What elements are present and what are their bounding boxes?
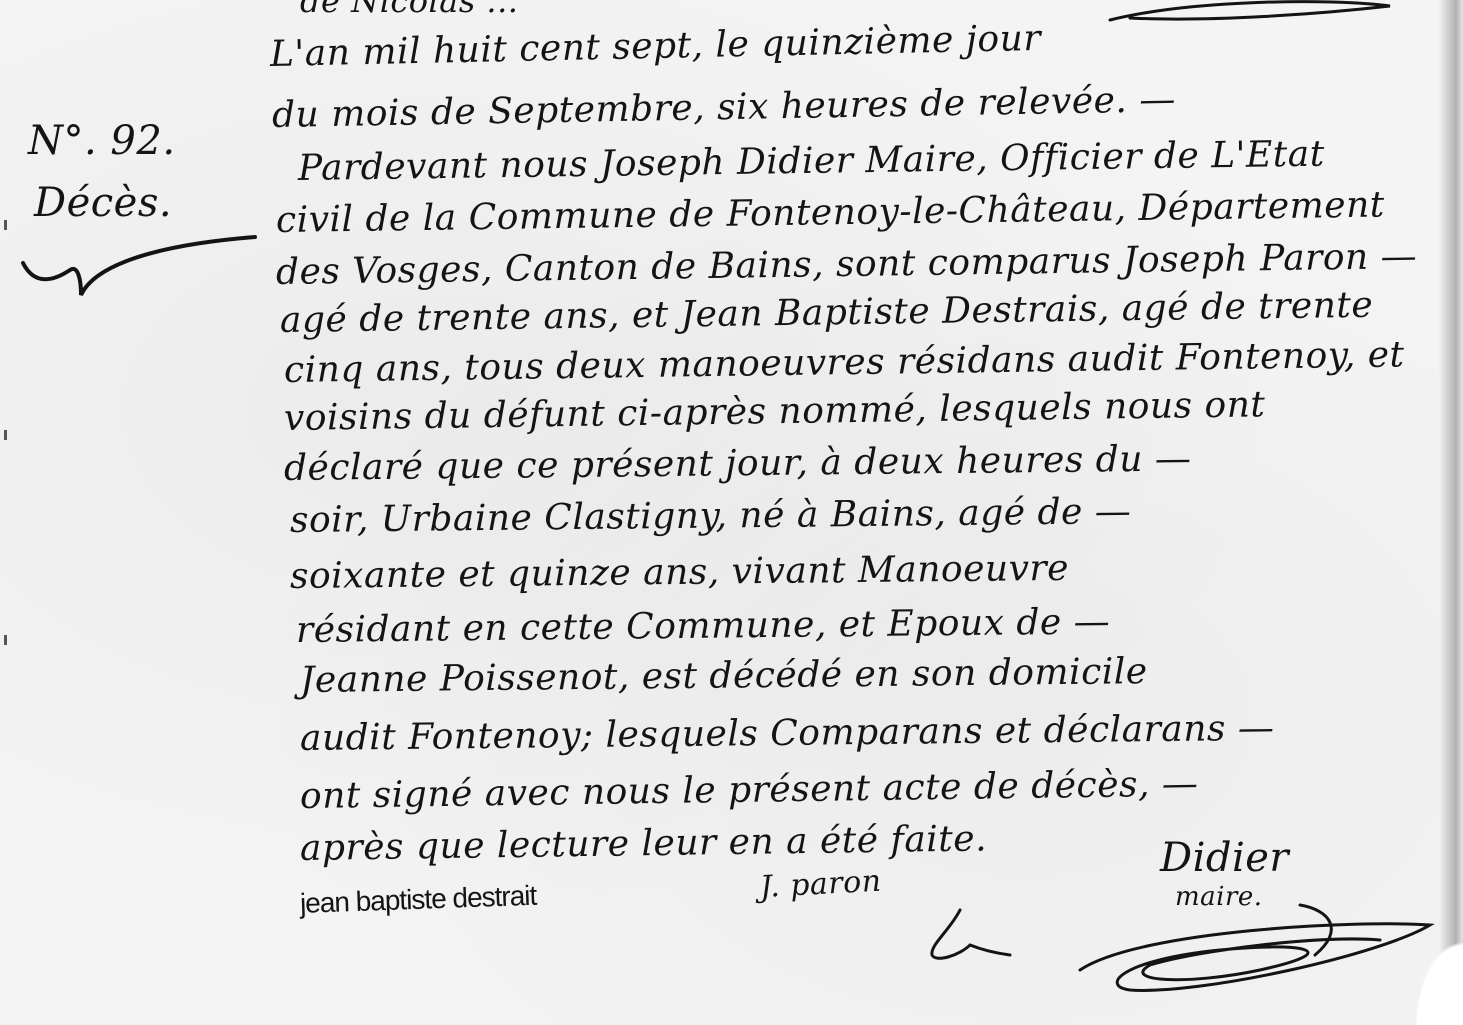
margin-mark	[4, 635, 7, 645]
margin-mark	[4, 220, 7, 230]
record-line-6: agé de trente ans, et Jean Baptiste Dest…	[280, 285, 1374, 341]
record-line-12: résidant en cette Commune, et Epoux de —	[296, 601, 1111, 651]
signature-paraph-icon	[920, 905, 1020, 965]
record-line-10: soir, Urbaine Clastigny, né à Bains, agé…	[290, 491, 1132, 541]
record-line-2: du mois de Septembre, six heures de rele…	[272, 79, 1176, 136]
record-line-8: voisins du défunt ci-après nommé, lesque…	[284, 384, 1266, 439]
entry-type: Décès.	[34, 180, 172, 226]
paper-edge-shadow	[1439, 0, 1463, 1025]
record-line-5: des Vosges, Canton de Bains, sont compar…	[276, 236, 1418, 293]
record-line-13: Jeanne Poissenot, est décédé en son domi…	[300, 651, 1148, 701]
margin-flourish-icon	[15, 225, 265, 305]
record-line-11: soixante et quinze ans, vivant Manoeuvre	[290, 548, 1069, 597]
record-line-14: audit Fontenoy; lesquels Comparans et dé…	[300, 708, 1275, 759]
signature-witness-2: J. paron	[759, 864, 882, 905]
top-paraph-icon	[1090, 0, 1420, 30]
record-line-7: cinq ans, tous deux manoeuvres résidans …	[284, 334, 1405, 391]
mayor-paraph-icon	[1060, 900, 1463, 1010]
signature-witness-1: jean baptiste destrait	[299, 880, 536, 920]
record-line-1: L'an mil huit cent sept, le quinzième jo…	[270, 18, 1042, 75]
record-line-4: civil de la Commune de Fontenoy-le-Châte…	[276, 185, 1385, 241]
entry-number: N°. 92.	[28, 118, 176, 164]
margin-mark	[4, 430, 7, 440]
scanned-document-page: de Nicolas ... N°. 92. Décès. L'an mil h…	[0, 0, 1463, 1025]
record-line-9: déclaré que ce présent jour, à deux heur…	[284, 438, 1192, 488]
record-line-15: ont signé avec nous le présent acte de d…	[300, 763, 1199, 817]
record-line-3: Pardevant nous Joseph Didier Maire, Offi…	[298, 134, 1325, 189]
record-line-16: après que lecture leur en a été faite.	[300, 818, 988, 869]
top-fragment-text: de Nicolas ...	[300, 0, 518, 20]
signature-mayor: Didier	[1160, 835, 1289, 881]
